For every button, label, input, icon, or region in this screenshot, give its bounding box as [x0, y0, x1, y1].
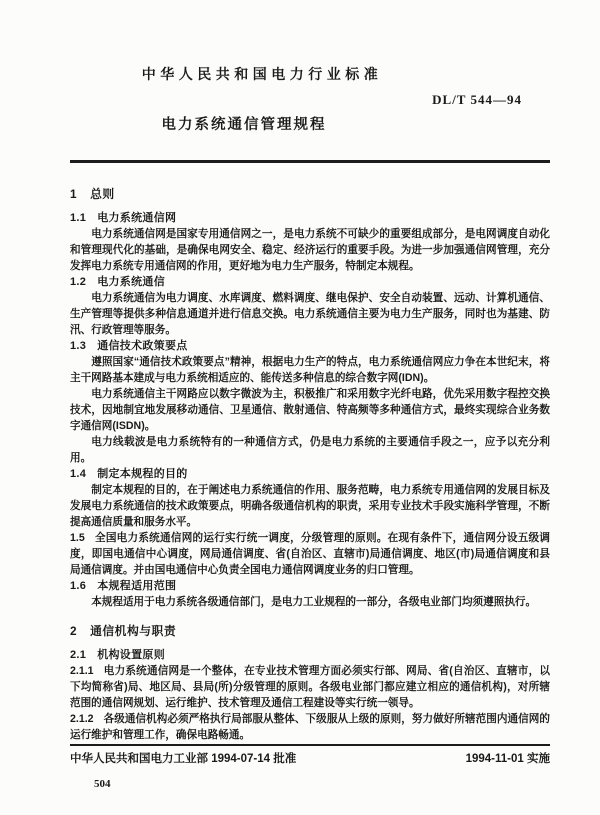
section-1-4-number: 1.4 [70, 468, 86, 480]
section-2-heading: 2通信机构与职责 [70, 623, 550, 639]
section-2-number: 2 [70, 624, 77, 638]
section-1-6-number: 1.6 [70, 580, 86, 592]
approver-name: 中华人民共和国电力工业部 [70, 753, 208, 765]
section-2-1-number: 2.1 [70, 649, 86, 661]
approval-date: 1994-07-14 [211, 753, 270, 765]
section-2-title: 通信机构与职责 [90, 624, 176, 638]
section-1-4-heading: 1.4制定本规程的目的 [70, 466, 550, 482]
section-1-4-paragraph: 制定本规程的目的，在于阐述电力系统通信的作用、服务范畴，电力系统专用通信网的发展… [70, 482, 550, 530]
footer-divider-rule [70, 744, 550, 746]
section-1-3-number: 1.3 [70, 340, 86, 352]
document-title: 电力系统通信管理规程 [70, 113, 418, 134]
section-1-heading: 1总则 [70, 186, 550, 202]
clause-2-1-2-number: 2.1.2 [70, 713, 94, 725]
section-1-title: 总则 [90, 187, 115, 201]
section-1-1-number: 1.1 [70, 212, 86, 224]
page-number: 504 [94, 778, 111, 790]
document-body: 1总则 1.1电力系统通信网 电力系统通信网是国家专用通信网之一，是电力系统不可… [70, 186, 550, 743]
section-1-2-number: 1.2 [70, 276, 86, 288]
section-1-1-paragraph: 电力系统通信网是国家专用通信网之一，是电力系统不可缺少的重要组成部分，是电网调度… [70, 226, 550, 274]
page-content: 中华人民共和国电力行业标准 DL/T 544—94 电力系统通信管理规程 1总则… [0, 0, 600, 743]
section-1-2-title: 电力系统通信 [97, 276, 165, 288]
approval-label: 批准 [273, 753, 296, 765]
effective-statement: 1994-11-01 实施 [466, 750, 550, 766]
footer-row: 中华人民共和国电力工业部 1994-07-14 批准 1994-11-01 实施 [70, 750, 550, 766]
section-1-3-paragraph-3: 电力线载波是电力系统特有的一种通信方式，仍是电力系统的主要通信手段之一，应予以充… [70, 434, 550, 466]
document-header: 中华人民共和国电力行业标准 DL/T 544—94 电力系统通信管理规程 [70, 64, 550, 163]
clause-2-1-1: 2.1.1电力系统通信网是一个整体，在专业技术管理方面必须实行部、网局、省(自治… [70, 663, 550, 711]
clause-1-5-number: 1.5 [70, 532, 85, 544]
section-1-6-title: 本规程适用范围 [97, 580, 176, 592]
section-1-2-paragraph: 电力系统通信为电力调度、水库调度、燃料调度、继电保护、安全自动装置、远动、计算机… [70, 290, 550, 338]
standard-type-title: 中华人民共和国电力行业标准 [70, 64, 454, 84]
section-2-1-title: 机构设置原则 [97, 649, 165, 661]
clause-1-5: 1.5全国电力系统通信网的运行实行统一调度，分级管理的原则。在现有条件下，通信网… [70, 530, 550, 578]
section-1-3-title: 通信技术政策要点 [97, 340, 187, 352]
section-1-1-heading: 1.1电力系统通信网 [70, 210, 550, 226]
effective-label: 实施 [527, 753, 550, 765]
effective-date: 1994-11-01 [466, 753, 524, 765]
header-divider-rule [70, 160, 550, 163]
section-1-4-title: 制定本规程的目的 [97, 468, 187, 480]
section-1-number: 1 [70, 187, 77, 201]
section-1-2-heading: 1.2电力系统通信 [70, 274, 550, 290]
section-1-3-heading: 1.3通信技术政策要点 [70, 338, 550, 354]
clause-2-1-1-text: 电力系统通信网是一个整体，在专业技术管理方面必须实行部、网局、省(自治区、直辖市… [70, 665, 550, 709]
document-footer: 中华人民共和国电力工业部 1994-07-14 批准 1994-11-01 实施 [70, 744, 550, 766]
section-1-6-heading: 1.6本规程适用范围 [70, 578, 550, 594]
section-1-6-paragraph: 本规程适用于电力系统各级通信部门，是电力工业规程的一部分，各级电业部门均须遵照执… [70, 594, 550, 610]
document-page: 中华人民共和国电力行业标准 DL/T 544—94 电力系统通信管理规程 1总则… [0, 0, 600, 815]
clause-2-1-1-number: 2.1.1 [70, 665, 94, 677]
section-1-3-paragraph-2: 电力系统通信主干网路应以数字微波为主，积极推广和采用数字光纤电路，优先采用数字程… [70, 386, 550, 434]
standard-code: DL/T 544—94 [70, 92, 550, 108]
section-1-3-paragraph-1: 遵照国家“通信技术政策要点”精神，根据电力生产的特点，电力系统通信网应力争在本世… [70, 354, 550, 386]
approval-statement: 中华人民共和国电力工业部 1994-07-14 批准 [70, 750, 296, 766]
clause-2-1-2: 2.1.2各级通信机构必须严格执行局部服从整体、下级服从上级的原则，努力做好所辖… [70, 711, 550, 743]
clause-2-1-2-text: 各级通信机构必须严格执行局部服从整体、下级服从上级的原则，努力做好所辖范围内通信… [70, 713, 550, 741]
section-1-1-title: 电力系统通信网 [97, 212, 176, 224]
clause-1-5-text: 全国电力系统通信网的运行实行统一调度，分级管理的原则。在现有条件下，通信网分设五… [70, 532, 550, 576]
section-2-1-heading: 2.1机构设置原则 [70, 647, 550, 663]
